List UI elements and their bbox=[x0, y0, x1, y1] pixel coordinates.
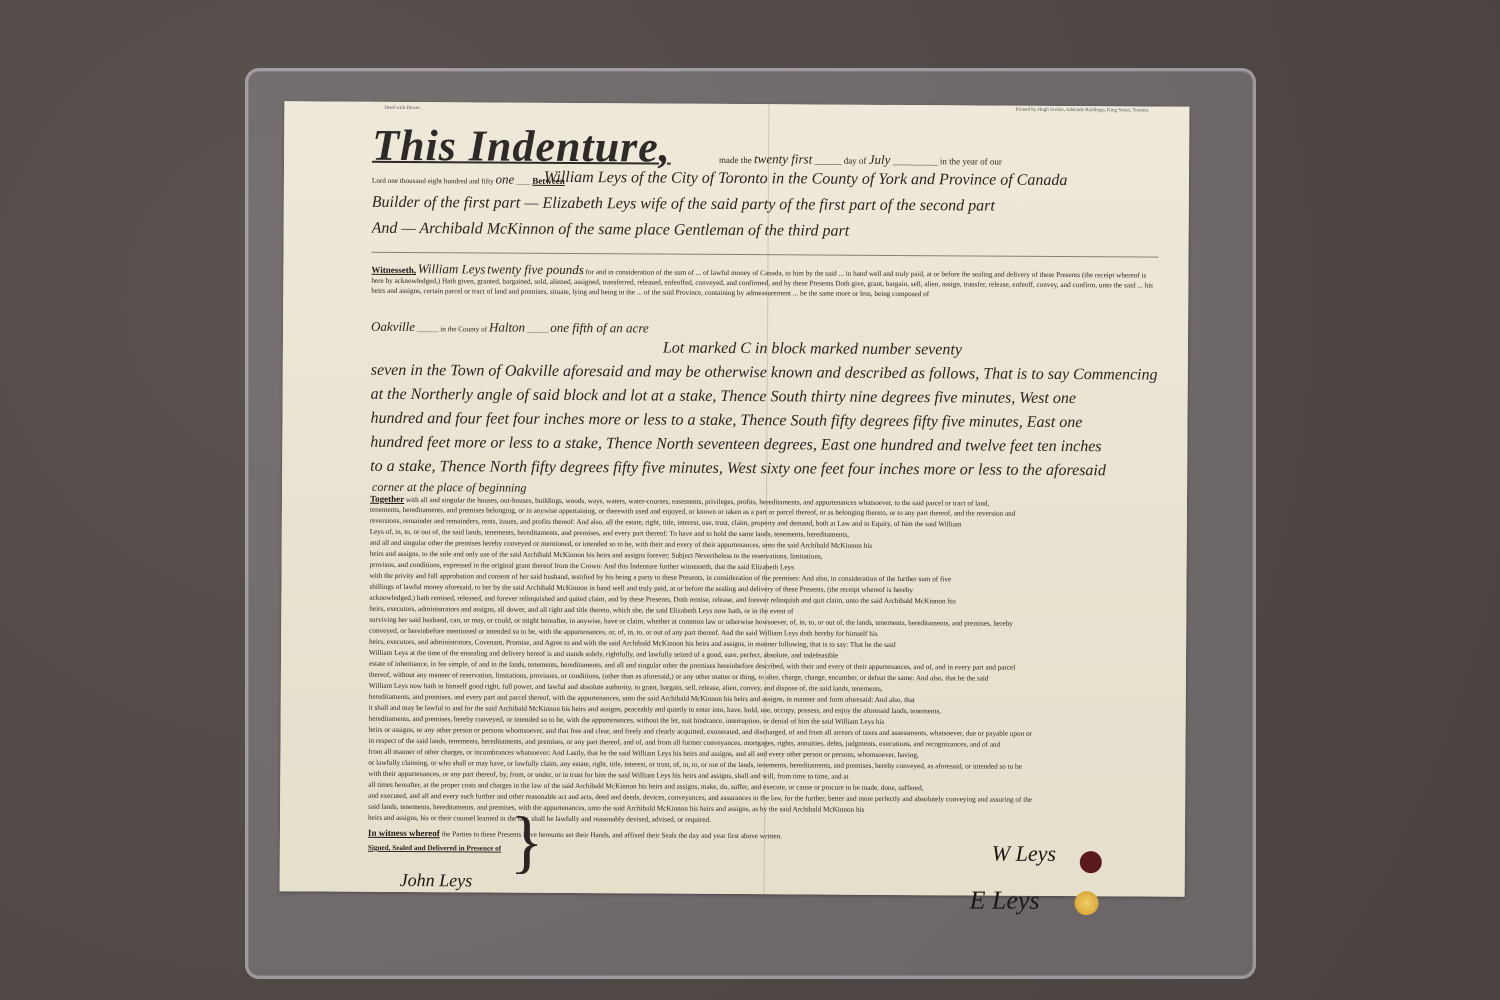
signature-william: W Leys bbox=[992, 841, 1056, 867]
indenture-document: Deed with Dower. Printed by Hugh Scobie,… bbox=[280, 101, 1190, 897]
witnesseth-block: Witnesseth, William Leys twenty five pou… bbox=[371, 264, 1158, 331]
grantor-value: William Leys bbox=[418, 264, 486, 277]
together-keyword: Together bbox=[370, 494, 404, 504]
county-value: Halton bbox=[489, 322, 525, 335]
party-line-1: William Leys of the City of Toronto in t… bbox=[544, 169, 1159, 191]
document-title: This Indenture, bbox=[372, 120, 671, 173]
yellow-wax-seal bbox=[1074, 891, 1098, 915]
day-of-label: day of bbox=[844, 156, 867, 166]
divider bbox=[371, 252, 1158, 258]
consideration-value: twenty five pounds bbox=[487, 264, 584, 277]
printer-label: Printed by Hugh Scobie, Adelaide Buildin… bbox=[1016, 108, 1150, 114]
witness-signature: John Leys bbox=[400, 870, 473, 891]
day-value: twenty first bbox=[754, 154, 812, 167]
witnesseth-keyword: Witnesseth, bbox=[371, 265, 416, 275]
in-witness-keyword: In witness whereof bbox=[368, 828, 440, 838]
deed-type-label: Deed with Dower. bbox=[384, 106, 421, 111]
measure-value: one fifth of an acre bbox=[550, 322, 649, 336]
description-line-0: Lot marked C in block marked number seve… bbox=[663, 340, 1158, 361]
red-wax-seal bbox=[1080, 851, 1102, 873]
town-value: Oakville bbox=[371, 322, 415, 334]
description-line-1: seven in the Town of Oakville aforesaid … bbox=[371, 362, 1158, 385]
brace-mark: } bbox=[510, 803, 544, 883]
description-line-2: at the Northerly angle of said block and… bbox=[371, 386, 1158, 409]
year-prefix-label: in the year of our bbox=[940, 156, 1002, 166]
signature-elizabeth: E Leys bbox=[969, 885, 1039, 915]
description-line-5: to a stake, Thence North fifty degrees f… bbox=[370, 458, 1157, 481]
opening-line: made the twenty first ______ day of July… bbox=[719, 154, 1159, 168]
in-witness-text: the Parties to these Presents have hereu… bbox=[442, 830, 782, 840]
party-line-2: Builder of the first part — Elizabeth Le… bbox=[372, 194, 1159, 217]
description-line-3: hundred and four feet four inches more o… bbox=[370, 410, 1157, 433]
party-line-3: And — Archibald McKinnon of the same pla… bbox=[372, 220, 1159, 243]
year-line-label: Lord one thousand eight hundred and fift… bbox=[372, 177, 494, 186]
month-value: July bbox=[869, 154, 891, 167]
description-line-4: hundred feet more or less to a stake, Th… bbox=[370, 434, 1157, 457]
year-value: one bbox=[495, 174, 514, 187]
made-the-label: made the bbox=[719, 155, 752, 165]
